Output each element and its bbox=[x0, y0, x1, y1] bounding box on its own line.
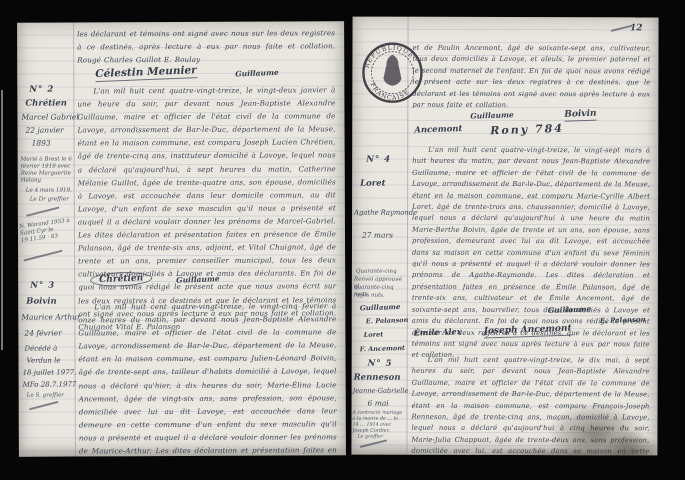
margin-renvoi-sig2: E. Palanson bbox=[366, 316, 409, 325]
act4-paragraph: L'an mil huit cent quatre-vingt-treize, … bbox=[412, 145, 650, 318]
margin-act4-number: N° 4 bbox=[366, 155, 391, 165]
margin-act4-firstnames: Agathe Raymonde bbox=[354, 209, 417, 217]
act3-signature-boivin: Boivin bbox=[564, 109, 597, 122]
margin-act2-marriage-clerk: Le Dr greffier bbox=[30, 196, 76, 203]
margin-act3-death-clerk: Le S. greffier bbox=[27, 393, 64, 400]
margin-renvoi-sig4: F. Ancemont bbox=[360, 344, 406, 353]
page-number: 12 bbox=[630, 23, 643, 33]
margin-act3-number: N° 3 bbox=[30, 281, 55, 291]
margin-act2-date: 22 janvier bbox=[26, 126, 64, 135]
margin-act3-clerk-signature-flourish bbox=[29, 401, 59, 410]
act3-continuation-paragraph: et de Paulin Ancemont, âgé de soixante-s… bbox=[412, 43, 650, 114]
act4-signature-officer: Guillaume bbox=[548, 304, 592, 314]
act3-signature-ancemont: Ancemont bbox=[414, 124, 462, 136]
margin-act5-name: Renneson bbox=[354, 373, 401, 383]
act3-signature-flourish: Rony 784 bbox=[490, 122, 564, 137]
margin-renvoi-line4: rayés nuls. bbox=[354, 293, 408, 300]
margin-act2-clerk-signature-flourish bbox=[26, 206, 59, 216]
margin-act5-date: 6 mai bbox=[368, 399, 389, 408]
act3-signature-officer: Guillaume bbox=[470, 110, 514, 120]
margin-act2-name: Chrétien bbox=[25, 98, 67, 108]
margin-act2-number: N° 2 bbox=[29, 85, 54, 95]
margin-act4-date: 27 mars bbox=[362, 231, 393, 240]
act1-signature-officer: Guillaume bbox=[235, 68, 279, 79]
act2-signature-officer: Guillaume bbox=[176, 274, 220, 285]
act4-signature-witness2: E. Palanson bbox=[600, 315, 646, 325]
margin-act3-firstnames: Maurice Arthur bbox=[21, 312, 80, 321]
margin-act2-firstnames: Marcel Gabriel bbox=[21, 112, 78, 121]
margin-act5-number: N° 5 bbox=[368, 359, 393, 369]
margin-act2-year: 1893 bbox=[32, 139, 51, 148]
margin-act2-stamp-note: N. Warand 1953 à Saint Cyr le 19.11.59 ·… bbox=[19, 217, 76, 245]
act1-signature-declarant: Célestin Meunier bbox=[95, 64, 197, 82]
register-scan: les déclarant et témoins ont signé avec … bbox=[0, 0, 685, 480]
act2-signature-declarant: Chrétien bbox=[90, 271, 153, 287]
act2-paragraph: L'an mil huit cent quatre-vingt-treize, … bbox=[77, 83, 336, 274]
act2-signature-oval: Chrétien bbox=[90, 271, 153, 287]
margin-act3-death-2: Verdun le bbox=[27, 357, 61, 365]
margin-act3-date: 24 février bbox=[24, 329, 61, 338]
margin-act3-death-1: Décédé à bbox=[24, 345, 57, 353]
act3-paragraph: L'an mil huit cent quatre-vingt-treize, … bbox=[78, 299, 337, 452]
margin-rule-left-page bbox=[73, 22, 76, 456]
act4-signature-witness1: Émile Alex bbox=[414, 326, 462, 338]
margin-renvoi-line1: Quarante-cinq bbox=[356, 269, 408, 276]
margin-act3-death-3: 18 juillet 1977. bbox=[23, 368, 77, 376]
margin-act3-name: Boivin bbox=[26, 297, 56, 307]
margin-renvoi-sig3: Loret bbox=[364, 330, 384, 339]
right-register-page: 12 RÉPUBLIQUE FRANÇAISE et de Paulin Anc… bbox=[351, 17, 658, 456]
margin-act5-firstnames: Jeanne-Gabrielle bbox=[353, 387, 409, 395]
margin-stamp-signature-flourish bbox=[23, 250, 62, 262]
margin-act4-name: Loret bbox=[360, 179, 385, 189]
margin-act2-marriage-date: Le 4 mars 1919. bbox=[26, 187, 76, 194]
margin-renvoi-sig1: Guillaume bbox=[360, 302, 401, 312]
seal-marianne-figure bbox=[383, 55, 401, 86]
margin-act2-marriage-note: Marié à Brest le 6 février 1919 avec Rei… bbox=[21, 156, 74, 184]
act5-paragraph: L'an mil huit cent quatre-vingt-treize, … bbox=[411, 355, 649, 452]
scan-edge-artifact bbox=[1, 90, 3, 350]
act1-closing-paragraph: les déclarant et témoins ont signé avec … bbox=[77, 26, 335, 69]
margin-act3-death-4: MFo 28.7.1977 bbox=[23, 380, 77, 388]
left-register-page: les déclarant et témoins ont signé avec … bbox=[17, 21, 346, 456]
